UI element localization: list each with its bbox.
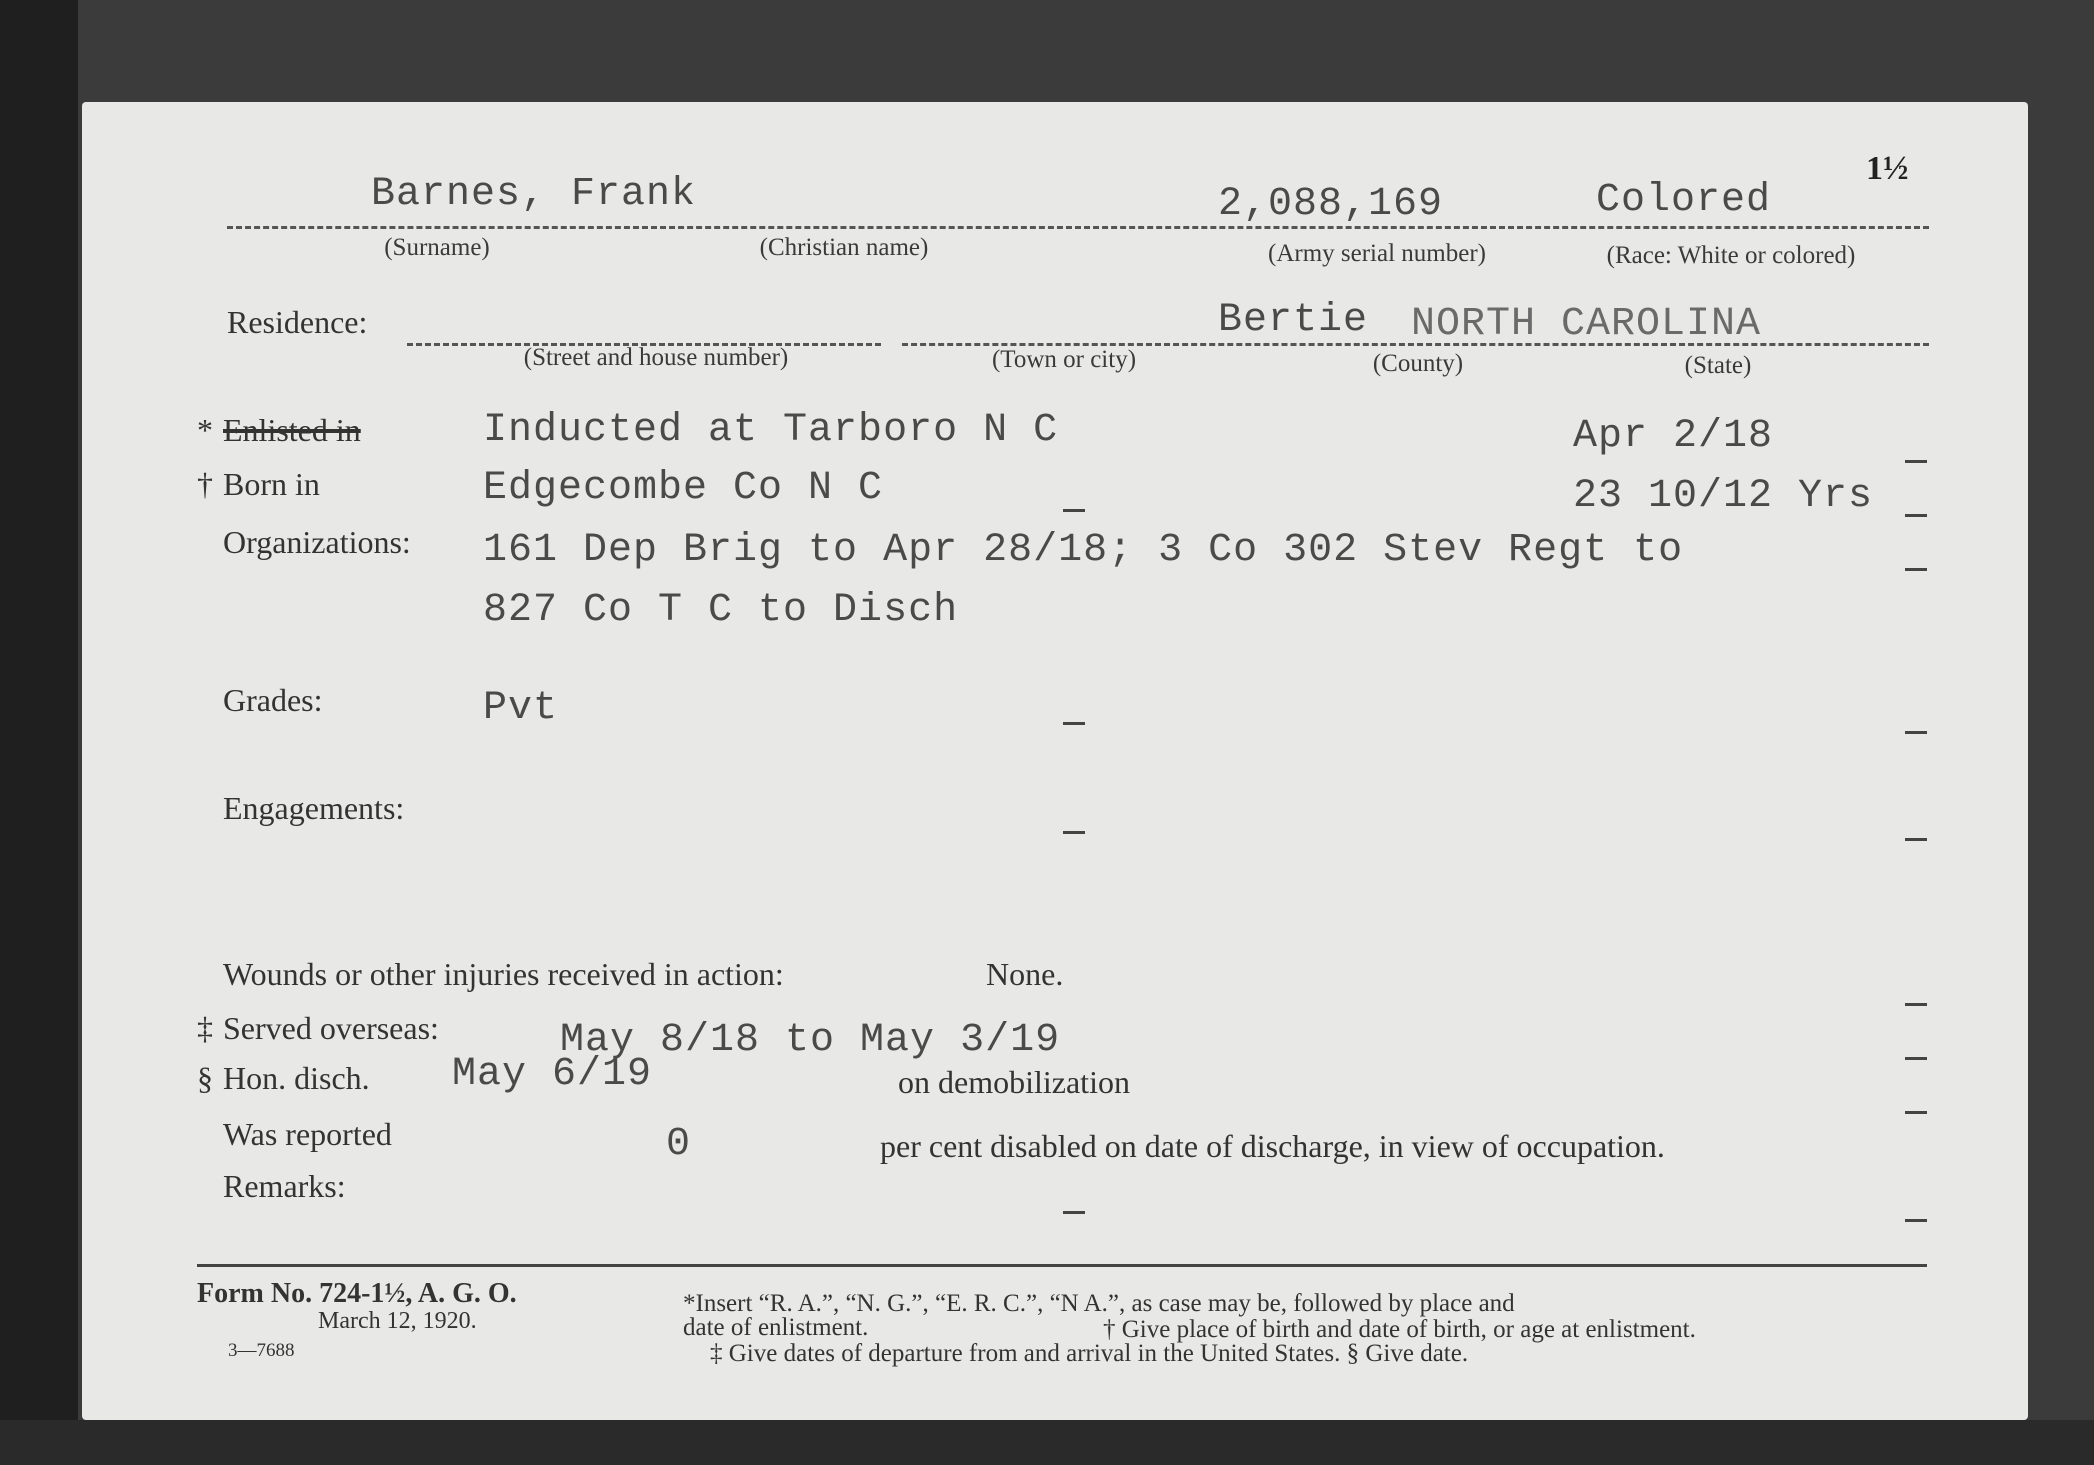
margin-tick <box>1905 1003 1927 1006</box>
middle-tick <box>1063 831 1085 834</box>
scanner-spine <box>0 0 78 1465</box>
asterisk-marker: * <box>197 412 213 449</box>
county-caption: (County) <box>1373 350 1463 378</box>
served-overseas-label: Served overseas: <box>223 1010 439 1047</box>
footer-rule <box>197 1264 1927 1267</box>
form-number: Form No. 724-1½, A. G. O. <box>197 1278 517 1310</box>
hon-disch-label: Hon. disch. <box>223 1060 370 1097</box>
margin-tick <box>1905 460 1927 463</box>
margin-tick <box>1905 838 1927 841</box>
surname-caption: (Surname) <box>384 234 490 262</box>
grades-value: Pvt <box>483 686 558 731</box>
double-dagger-marker: ‡ <box>197 1010 213 1047</box>
race-caption: (Race: White or colored) <box>1607 242 1856 270</box>
margin-tick <box>1905 568 1927 571</box>
grades-label: Grades: <box>223 682 323 719</box>
organizations-line-2: 827 Co T C to Disch <box>483 588 958 633</box>
form-date: March 12, 1920. <box>318 1308 477 1335</box>
enlisted-label: Enlisted in <box>223 412 361 449</box>
enlisted-date: Apr 2/18 <box>1573 414 1773 459</box>
state-caption: (State) <box>1685 352 1752 380</box>
margin-tick <box>1905 514 1927 517</box>
middle-tick <box>1063 509 1085 512</box>
was-reported-suffix: per cent disabled on date of discharge, … <box>880 1128 1665 1165</box>
born-value: Edgecombe Co N C <box>483 466 883 511</box>
section-marker: § <box>197 1060 213 1097</box>
race-value: Colored <box>1596 178 1771 223</box>
margin-tick <box>1905 1111 1927 1114</box>
print-code: 3—7688 <box>228 1340 295 1362</box>
middle-tick <box>1063 1211 1085 1214</box>
was-reported-label: Was reported <box>223 1116 392 1153</box>
margin-tick <box>1905 731 1927 734</box>
serial-caption: (Army serial number) <box>1268 240 1486 268</box>
hon-disch-value: May 6/19 <box>452 1052 652 1097</box>
disability-percent-value: 0 <box>666 1122 691 1167</box>
serial-number-value: 2,088,169 <box>1218 182 1443 227</box>
engagements-label: Engagements: <box>223 790 404 827</box>
hon-disch-suffix: on demobilization <box>898 1064 1130 1101</box>
footnote-line-2a: date of enlistment. <box>683 1314 868 1342</box>
state-value: NORTH CAROLINA <box>1411 302 1761 347</box>
name-value: Barnes, Frank <box>371 172 696 217</box>
christian-name-caption: (Christian name) <box>760 234 929 262</box>
remarks-label: Remarks: <box>223 1168 346 1205</box>
margin-tick <box>1905 1219 1927 1222</box>
wounds-value: None. <box>986 956 1063 993</box>
middle-tick <box>1063 722 1085 725</box>
town-caption: (Town or city) <box>992 346 1136 374</box>
margin-tick <box>1905 1057 1927 1060</box>
wounds-label: Wounds or other injuries received in act… <box>223 956 784 993</box>
footnote-line-3: ‡ Give dates of departure from and arriv… <box>710 1340 1468 1368</box>
age-value: 23 10/12 Yrs <box>1573 474 1873 519</box>
organizations-label: Organizations: <box>223 524 411 561</box>
born-label: Born in <box>223 466 320 503</box>
sheet-number: 1½ <box>1866 150 1909 188</box>
street-caption: (Street and house number) <box>524 344 789 372</box>
enlisted-value: Inducted at Tarboro N C <box>483 408 1058 453</box>
name-dashed-line <box>227 226 1929 229</box>
scanner-bottom-band <box>0 1420 2094 1465</box>
service-record-card <box>82 102 2028 1420</box>
residence-label: Residence: <box>227 304 367 341</box>
organizations-line-1: 161 Dep Brig to Apr 28/18; 3 Co 302 Stev… <box>483 528 1683 573</box>
county-value: Bertie <box>1218 298 1368 343</box>
dagger-marker: † <box>197 466 213 503</box>
